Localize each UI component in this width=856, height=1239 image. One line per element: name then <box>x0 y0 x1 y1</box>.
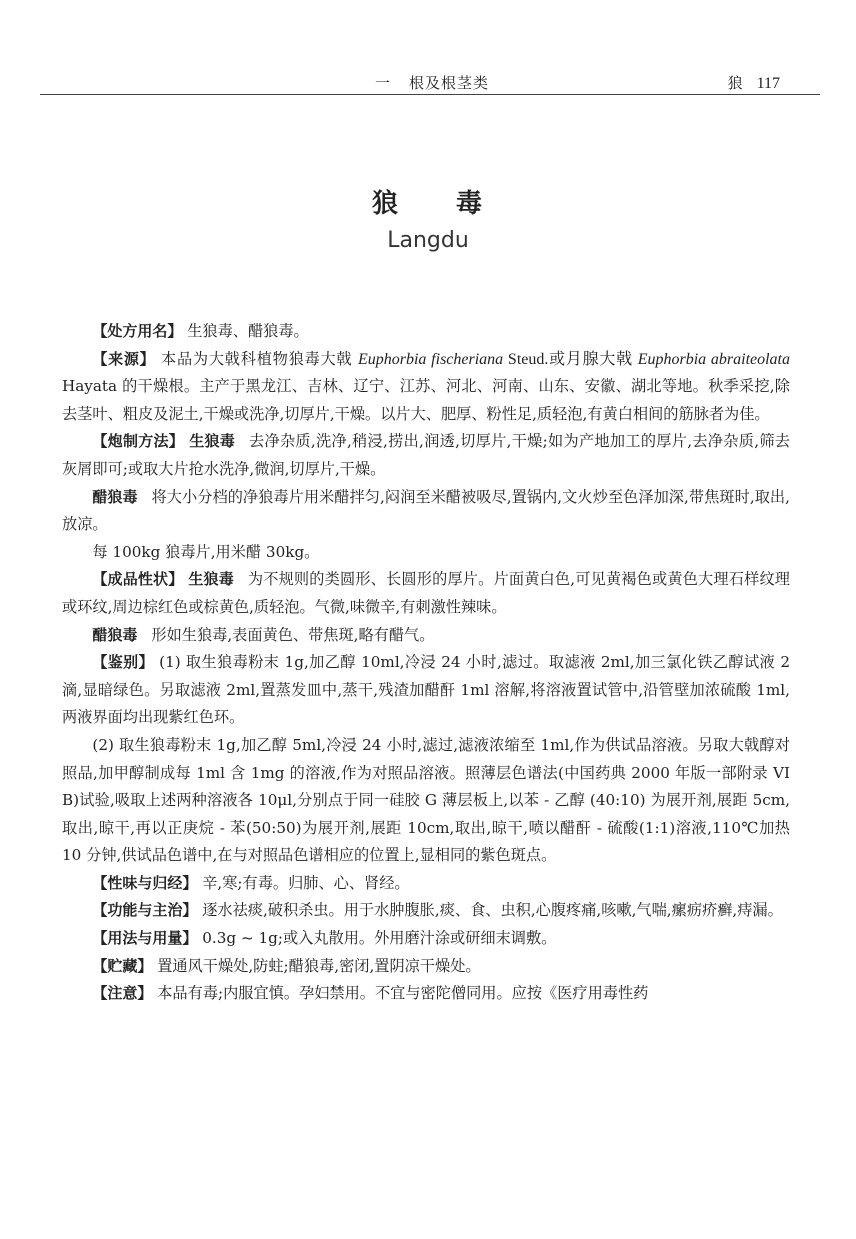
identification-paragraph-1: 【鉴别】 (1) 取生狼毒粉末 1g,加乙醇 10ml,冷浸 24 小时,滤过。… <box>62 649 790 732</box>
page-number: 117 <box>757 75 780 92</box>
title-char-2: 毒 <box>456 189 484 219</box>
subheading: 醋狼毒 <box>92 488 137 506</box>
paragraph-text: Steud.或月腺大戟 <box>503 351 638 368</box>
nature-meridian-paragraph: 【性味与归经】 辛,寒;有毒。归肺、心、肾经。 <box>62 870 790 898</box>
latin-name: Euphorbia abraiteolata <box>638 351 790 368</box>
section-heading: 【来源】 <box>92 350 155 368</box>
entry-body: 【处方用名】 生狼毒、醋狼毒。 【来源】 本品为大戟科植物狼毒大戟 Euphor… <box>62 318 790 1008</box>
section-heading: 【性味与归经】 <box>92 874 197 892</box>
index-char: 狼 <box>728 74 743 92</box>
dosage-paragraph: 【用法与用量】 0.3g ~ 1g;或入丸散用。外用磨汁涂或研细末调敷。 <box>62 925 790 953</box>
source-paragraph: 【来源】 本品为大戟科植物狼毒大戟 Euphorbia fischeriana … <box>62 346 790 429</box>
storage-paragraph: 【贮藏】 置通风干燥处,防蛀;醋狼毒,密闭,置阴凉干燥处。 <box>62 953 790 981</box>
paragraph-text: 形如生狼毒,表面黄色、带焦斑,略有醋气。 <box>151 626 434 644</box>
section-title: 一根及根茎类 <box>375 72 489 93</box>
processing-ratio: 每 100kg 狼毒片,用米醋 30kg。 <box>62 539 790 567</box>
section-heading: 【功能与主治】 <box>92 901 197 919</box>
page-index: 狼117 <box>728 72 780 93</box>
subheading: 醋狼毒 <box>92 626 137 644</box>
processing-paragraph-1: 【炮制方法】 生狼毒去净杂质,洗净,稍浸,捞出,润透,切厚片,干燥;如为产地加工… <box>62 428 790 483</box>
paragraph-text: 将大小分档的净狼毒片用米醋拌匀,闷润至米醋被吸尽,置锅内,文火炒至色泽加深,带焦… <box>62 488 790 534</box>
paragraph-text: (1) 取生狼毒粉末 1g,加乙醇 10ml,冷浸 24 小时,滤过。取滤液 2… <box>62 653 790 726</box>
section-heading: 【贮藏】 <box>92 957 152 975</box>
subheading: 生狼毒 <box>188 570 234 588</box>
paragraph-text: 辛,寒;有毒。归肺、心、肾经。 <box>197 874 409 892</box>
section-heading: 【处方用名】 <box>92 322 182 340</box>
paragraph-text: 0.3g ~ 1g;或入丸散用。外用磨汁涂或研细末调敷。 <box>197 929 556 947</box>
paragraph-text: 逐水祛痰,破积杀虫。用于水肿腹胀,痰、食、虫积,心腹疼痛,咳嗽,气喘,瘰疬疥癣,… <box>197 901 782 919</box>
prescription-names-paragraph: 【处方用名】 生狼毒、醋狼毒。 <box>62 318 790 346</box>
entry-pinyin: Langdu <box>0 228 856 253</box>
paragraph-text: 置通风干燥处,防蛀;醋狼毒,密闭,置阴凉干燥处。 <box>152 957 480 975</box>
processing-paragraph-2: 醋狼毒将大小分档的净狼毒片用米醋拌匀,闷润至米醋被吸尽,置锅内,文火炒至色泽加深… <box>62 484 790 539</box>
caution-paragraph: 【注意】 本品有毒;内服宜慎。孕妇禁用。不宜与密陀僧同用。应按《医疗用毒性药 <box>62 980 790 1008</box>
section-name: 根及根茎类 <box>409 74 489 92</box>
paragraph-text: 本品为大戟科植物狼毒大戟 <box>155 350 358 368</box>
section-heading: 【成品性状】 <box>92 570 183 588</box>
identification-paragraph-2: (2) 取生狼毒粉末 1g,加乙醇 5ml,冷浸 24 小时,滤过,滤液浓缩至 … <box>62 732 790 870</box>
subheading: 生狼毒 <box>189 432 235 450</box>
traits-paragraph-1: 【成品性状】 生狼毒为不规则的类圆形、长圆形的厚片。片面黄白色,可见黄褐色或黄色… <box>62 566 790 621</box>
title-char-1: 狼 <box>372 189 400 219</box>
section-heading: 【注意】 <box>92 984 152 1002</box>
latin-name: Euphorbia fischeriana <box>358 351 503 368</box>
traits-paragraph-2: 醋狼毒形如生狼毒,表面黄色、带焦斑,略有醋气。 <box>62 622 790 650</box>
paragraph-text: 生狼毒、醋狼毒。 <box>182 322 308 340</box>
paragraph-text: Hayata 的干燥根。主产于黑龙江、吉林、辽宁、江苏、河北、河南、山东、安徽、… <box>62 377 790 423</box>
section-heading: 【用法与用量】 <box>92 929 197 947</box>
functions-paragraph: 【功能与主治】 逐水祛痰,破积杀虫。用于水肿腹胀,痰、食、虫积,心腹疼痛,咳嗽,… <box>62 897 790 925</box>
paragraph-text: 本品有毒;内服宜慎。孕妇禁用。不宜与密陀僧同用。应按《医疗用毒性药 <box>152 984 648 1002</box>
running-head: 一根及根茎类 狼117 <box>40 70 820 95</box>
entry-title: 狼毒 <box>0 183 856 220</box>
section-heading: 【炮制方法】 <box>92 432 184 450</box>
section-heading: 【鉴别】 <box>92 653 154 671</box>
section-dash: 一 <box>375 74 391 92</box>
